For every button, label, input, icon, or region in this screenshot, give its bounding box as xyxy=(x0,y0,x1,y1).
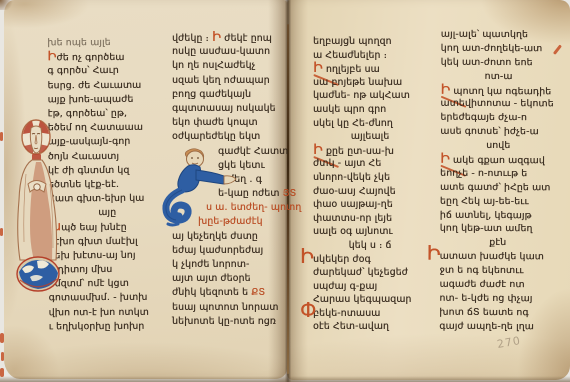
manuscript-text: սկեկեր ժօգ xyxy=(313,254,371,265)
rubric-text: Ի xyxy=(313,62,323,76)
manuscript-text: սովե xyxy=(486,140,510,151)
text-line: երեժեգայե ժչա-ո xyxy=(440,111,556,125)
text-line: Իողլեյբե սա xyxy=(313,62,427,76)
text-line: կող ատ-ժողեկե-ատ xyxy=(441,42,557,56)
edge-paint-mark xyxy=(0,333,4,343)
text-line: սովե xyxy=(440,139,556,153)
text-column-right-2: այլ-ալե՝ պատկղեկող ատ-ժողեկե-ատկեկ ատ-ժո… xyxy=(439,28,557,334)
text-line: սկել կը Հե-ժնող xyxy=(313,117,427,131)
text-line: խե ոպե այլե xyxy=(47,36,165,51)
manuscript-text: եղբայցն պողզո xyxy=(313,36,392,47)
text-line: Իպոտղ կա ոգեադիե xyxy=(440,83,556,97)
manuscript-text: փաօ սայթայ-ղե xyxy=(313,199,393,210)
text-line: ագաժե ժաժէ ոտ xyxy=(439,278,555,292)
text-line: բողց գաժեկայն xyxy=(172,88,272,102)
rubric-text: Ի xyxy=(313,144,323,158)
blue-pointing-figure-illustration xyxy=(158,146,240,228)
text-line: եողչե - ո-ոտււթ ե xyxy=(440,167,556,181)
text-line: Իակե գքաո ազգավ xyxy=(440,153,556,167)
text-line: քէն xyxy=(440,236,556,250)
rubric-text: Ի xyxy=(300,250,314,264)
manuscript-text: իճ ատնել, կեգայթ xyxy=(440,209,532,220)
manuscript-text: եկո փաժե կոպտ xyxy=(172,117,258,128)
edge-paint-mark xyxy=(0,228,3,236)
manuscript-text: խոտ ճՏ եատե ոգ xyxy=(439,307,528,318)
manuscript-text: ա Հեաժնելեր ։ xyxy=(313,50,387,61)
manuscript-text: այը xyxy=(98,207,116,218)
manuscript-text: եըղ Հեկ այ-եե-եււ xyxy=(440,195,529,206)
text-line: եղբայցն պողզո xyxy=(313,35,427,49)
text-column-right-1: եղբայցն պողզոա Հեաժնելեր ։Իողլեյբե սասա … xyxy=(313,35,427,334)
text-line: եսայ պոտոտ նորատ xyxy=(172,301,272,315)
manuscript-text: ողլեյբե սա xyxy=(326,64,380,75)
manuscript-text: եսայ պոտոտ նորատ xyxy=(172,302,278,313)
text-line: այք խոե-ապաժե xyxy=(48,92,166,107)
text-line: Իքըե ըտ-սա-խ xyxy=(313,144,427,158)
rubric-text: Ի xyxy=(427,247,441,261)
manuscript-text: բեկե-ոտասա xyxy=(313,308,380,319)
text-line: գ գործս՝ Հաւր xyxy=(47,64,165,79)
manuscript-text: ոտ- ե-կժե ոց փչայ xyxy=(439,293,532,304)
text-line: սա բոյեթե նախա xyxy=(313,76,427,90)
manuscript-text: սզաե կեղ ոժապար xyxy=(172,75,270,86)
rubric-text: ՅՏ xyxy=(283,188,297,199)
manuscript-text: օէե Հետ-ավաղ xyxy=(313,321,389,332)
text-line: իճ ատնել, կեգայթ xyxy=(440,208,556,222)
text-line: այլ-ալե՝ պատկղե xyxy=(441,28,557,42)
text-line: կո ղե ոսլՀաժեկչ xyxy=(172,59,272,73)
text-line: ժաօ-ասյ Հայովե xyxy=(313,185,427,199)
manuscript-text: ասե գոտսե՝ իժչե-ա xyxy=(440,126,538,138)
manuscript-text: ոտ-ա xyxy=(485,71,513,82)
manuscript-text: այք խոե-ապաժե xyxy=(48,94,134,105)
rubric-text: Ի xyxy=(440,83,450,97)
manuscript-text: կող կեթ-ատ ամեղ xyxy=(440,223,533,234)
text-line: ոտ-ա xyxy=(441,69,557,83)
manuscript-text: Հարաս կեգպազար xyxy=(313,294,411,305)
manuscript-text: սպժայ գ-քայ xyxy=(313,281,377,292)
manuscript-text: վժեկը ։ xyxy=(172,33,212,44)
manuscript-text: այլ-ալե՝ պատկղե xyxy=(441,29,528,40)
text-line: եժայ կաժսորեժայ xyxy=(172,244,272,258)
manuscript-text: փատտս-որ լեյե xyxy=(313,213,392,224)
manuscript-text: նեխոտե կը-ոտե ոցռ xyxy=(172,316,276,327)
text-line: փատտս-որ լեյե xyxy=(313,212,427,226)
text-line: Հարաս կեգպազար xyxy=(313,293,427,307)
manuscript-text: ակե գքաո ազգավ xyxy=(453,155,545,166)
text-line: վժեկը ։ Ի ժեկէ ըոպ xyxy=(172,31,272,45)
manuscript-text: գպտտասայ ոսկակե xyxy=(172,103,276,114)
manuscript-text: ասկե պրո գրո xyxy=(313,104,386,115)
manuscript-text: ժտկ - այտ Հե xyxy=(313,158,381,169)
rubric-text: Փ xyxy=(300,304,316,318)
rubric-text: Ի xyxy=(212,30,221,45)
manuscript-text: խե ոպե այլե xyxy=(47,37,110,48)
text-line: խոտ ճՏ եատե ոգ xyxy=(439,306,555,320)
manuscript-text: կո ղե ոսլՀաժեկչ xyxy=(172,60,255,71)
manuscript-text: ժաօ-ասյ Հայովե xyxy=(313,186,396,197)
text-line: Իսկեկեր ժօգ xyxy=(313,253,427,267)
text-line: փաօ սայթայ-ղե xyxy=(313,198,427,212)
text-line: սզաե կեղ ոժապար xyxy=(172,74,272,88)
text-line: եսրց․ ժե Հաւատա xyxy=(47,78,165,93)
manuscript-text: այտ այտ ժեօրե xyxy=(172,273,251,284)
text-line: եկո փաժե կոպտ xyxy=(172,116,272,130)
text-line: կ չկոժե նորոտ- xyxy=(172,258,272,272)
text-line: օէե Հետ-ավաղ xyxy=(313,320,427,334)
manuscript-text: սա բոյեթե նախա xyxy=(313,77,402,88)
manuscript-text: սկել կը Հե-ժնող xyxy=(313,118,393,129)
text-line: ատեվիտոտա - եկոտե xyxy=(440,97,556,111)
manuscript-text: պծ եայ խնէը xyxy=(61,222,127,233)
manuscript-text: այ կեչեղկե ժստը xyxy=(172,231,258,242)
edge-paint-mark xyxy=(1,352,4,361)
manuscript-text: գ գործս՝ Հաւր xyxy=(47,65,118,76)
text-line: այտ այտ ժեօրե xyxy=(172,272,272,286)
text-line: ասկե պրո գրո xyxy=(313,103,427,117)
manuscript-text: եսրց․ ժե Հաւատա xyxy=(47,79,141,90)
text-line: ա Հեաժնելեր ։ xyxy=(313,49,427,63)
text-line: եըղ Հեկ այ-եե-եււ xyxy=(440,194,556,208)
corner-stain xyxy=(0,0,14,10)
text-line: գպտտասայ ոսկակե xyxy=(172,102,272,116)
manuscript-photo: խե ոպե այլեԻժե ոչ գործեագ գործս՝ Հաւրեսր… xyxy=(0,0,570,382)
manuscript-text: ոսկը ասժաս-կատո xyxy=(172,46,270,57)
manuscript-text: կաժնե- ոթ ակՀատ xyxy=(313,90,410,101)
text-line: ատե գատժ՝ իՀըե ատ xyxy=(440,180,556,194)
manuscript-text: կող ատ-ժողեկե-ատ xyxy=(441,43,543,55)
text-line: ոտ- ե-կժե ոց փչայ xyxy=(439,292,555,306)
text-line: սալե օգ այնոտւ xyxy=(313,225,427,239)
text-line: Փբեկե-ոտասա xyxy=(313,307,427,321)
manuscript-text: ժե ոչ գործեա xyxy=(56,52,124,63)
rubric-text: Ի xyxy=(440,153,450,167)
manuscript-text: կեկ ս ։ ճ xyxy=(349,240,392,251)
manuscript-text: քէն xyxy=(489,237,506,248)
text-line: Իժե ոչ գործեա xyxy=(47,50,165,65)
text-line: ոսկը ասժաս-կատո xyxy=(172,45,272,59)
manuscript-text: կ չկոժե նորոտ- xyxy=(172,259,249,270)
text-line: կեկ ատ-ժոտո եոե xyxy=(441,55,557,69)
manuscript-text: սնորո-վեկե չկե xyxy=(313,172,390,183)
text-line: գայժ ապղե-ղե լղա xyxy=(439,319,555,333)
manuscript-text: այլեալե xyxy=(351,131,390,142)
text-line: վխո ոտ-է խո ոտկտ xyxy=(49,305,167,320)
manuscript-text: սալե օգ այնոտւ xyxy=(313,226,393,237)
manuscript-text: ջտ ե ոգ եկեոտււ xyxy=(440,265,524,276)
text-line: ժտկ - այտ Հե xyxy=(313,157,427,171)
manuscript-text: եողչե - ո-ոտււթ ե xyxy=(440,168,527,179)
manuscript-text: քըե ըտ-սա-խ xyxy=(326,146,394,157)
manuscript-text: պոտղ կա ոգեադիե xyxy=(453,85,551,97)
text-line: ասե գոտսե՝ իժչե-ա xyxy=(440,125,556,139)
text-line: ւ եղխկօրխը խոխր xyxy=(49,319,167,334)
text-line: կաժնե- ոթ ակՀատ xyxy=(313,89,427,103)
text-line: այ կեչեղկե ժստը xyxy=(172,230,272,244)
edge-paint-mark xyxy=(0,132,3,141)
manuscript-text: օժկարեժեկը եկտ xyxy=(172,131,260,142)
manuscript-text: կեկ ատ-ժոտո եոե xyxy=(441,56,533,67)
text-line: այլեալե xyxy=(313,130,427,144)
text-line: սնորո-վեկե չկե xyxy=(313,171,427,185)
manuscript-text: ագաժե ժաժէ ոտ xyxy=(439,279,524,290)
saint-figure-illustration xyxy=(6,114,68,302)
text-line: սպժայ գ-քայ xyxy=(313,280,427,294)
text-line: ջտ ե ոգ եկեոտււ xyxy=(439,264,555,278)
manuscript-text: ատե գատժ՝ իՀըե ատ xyxy=(440,181,550,193)
manuscript-text: ատեվիտոտա - եկոտե xyxy=(440,98,553,110)
manuscript-text: գայժ ապղե-ղե լղա xyxy=(439,320,534,331)
manuscript-text: ատատ խաժկե կատ xyxy=(440,251,544,263)
page-bottom-shadow xyxy=(0,376,570,382)
text-line: նեխոտե կը-ոտե ոցռ xyxy=(172,315,272,329)
text-line: ժարեկաժ՝ կեչեցեժ xyxy=(313,266,427,280)
rubric-text: Ի xyxy=(47,49,56,64)
text-line: օժկարեժեկը եկտ xyxy=(172,130,272,144)
manuscript-text: ժեկէ ըոպ xyxy=(221,33,272,44)
manuscript-text: ժնիկ կեզոտե ե xyxy=(172,287,251,298)
manuscript-text: եժայ կաժսորեժայ xyxy=(172,245,263,256)
text-line: կեկ ս ։ ճ xyxy=(313,239,427,253)
text-line: կող կեթ-ատ ամեղ xyxy=(440,222,556,236)
text-line: ժնիկ կեզոտե ե ՔՏ xyxy=(172,286,272,300)
manuscript-text: վխո ոտ-է խո ոտկտ xyxy=(49,306,149,318)
manuscript-text: երեժեգայե ժչա-ո xyxy=(440,112,527,123)
text-line: Իատատ խաժկե կատ xyxy=(440,250,556,264)
manuscript-text: ժարեկաժ՝ կեչեցեժ xyxy=(313,267,408,278)
manuscript-text: ւ եղխկօրխը խոխր xyxy=(49,321,145,333)
rubric-text: ՔՏ xyxy=(251,287,265,298)
manuscript-text: բողց գաժեկայն xyxy=(172,89,251,100)
